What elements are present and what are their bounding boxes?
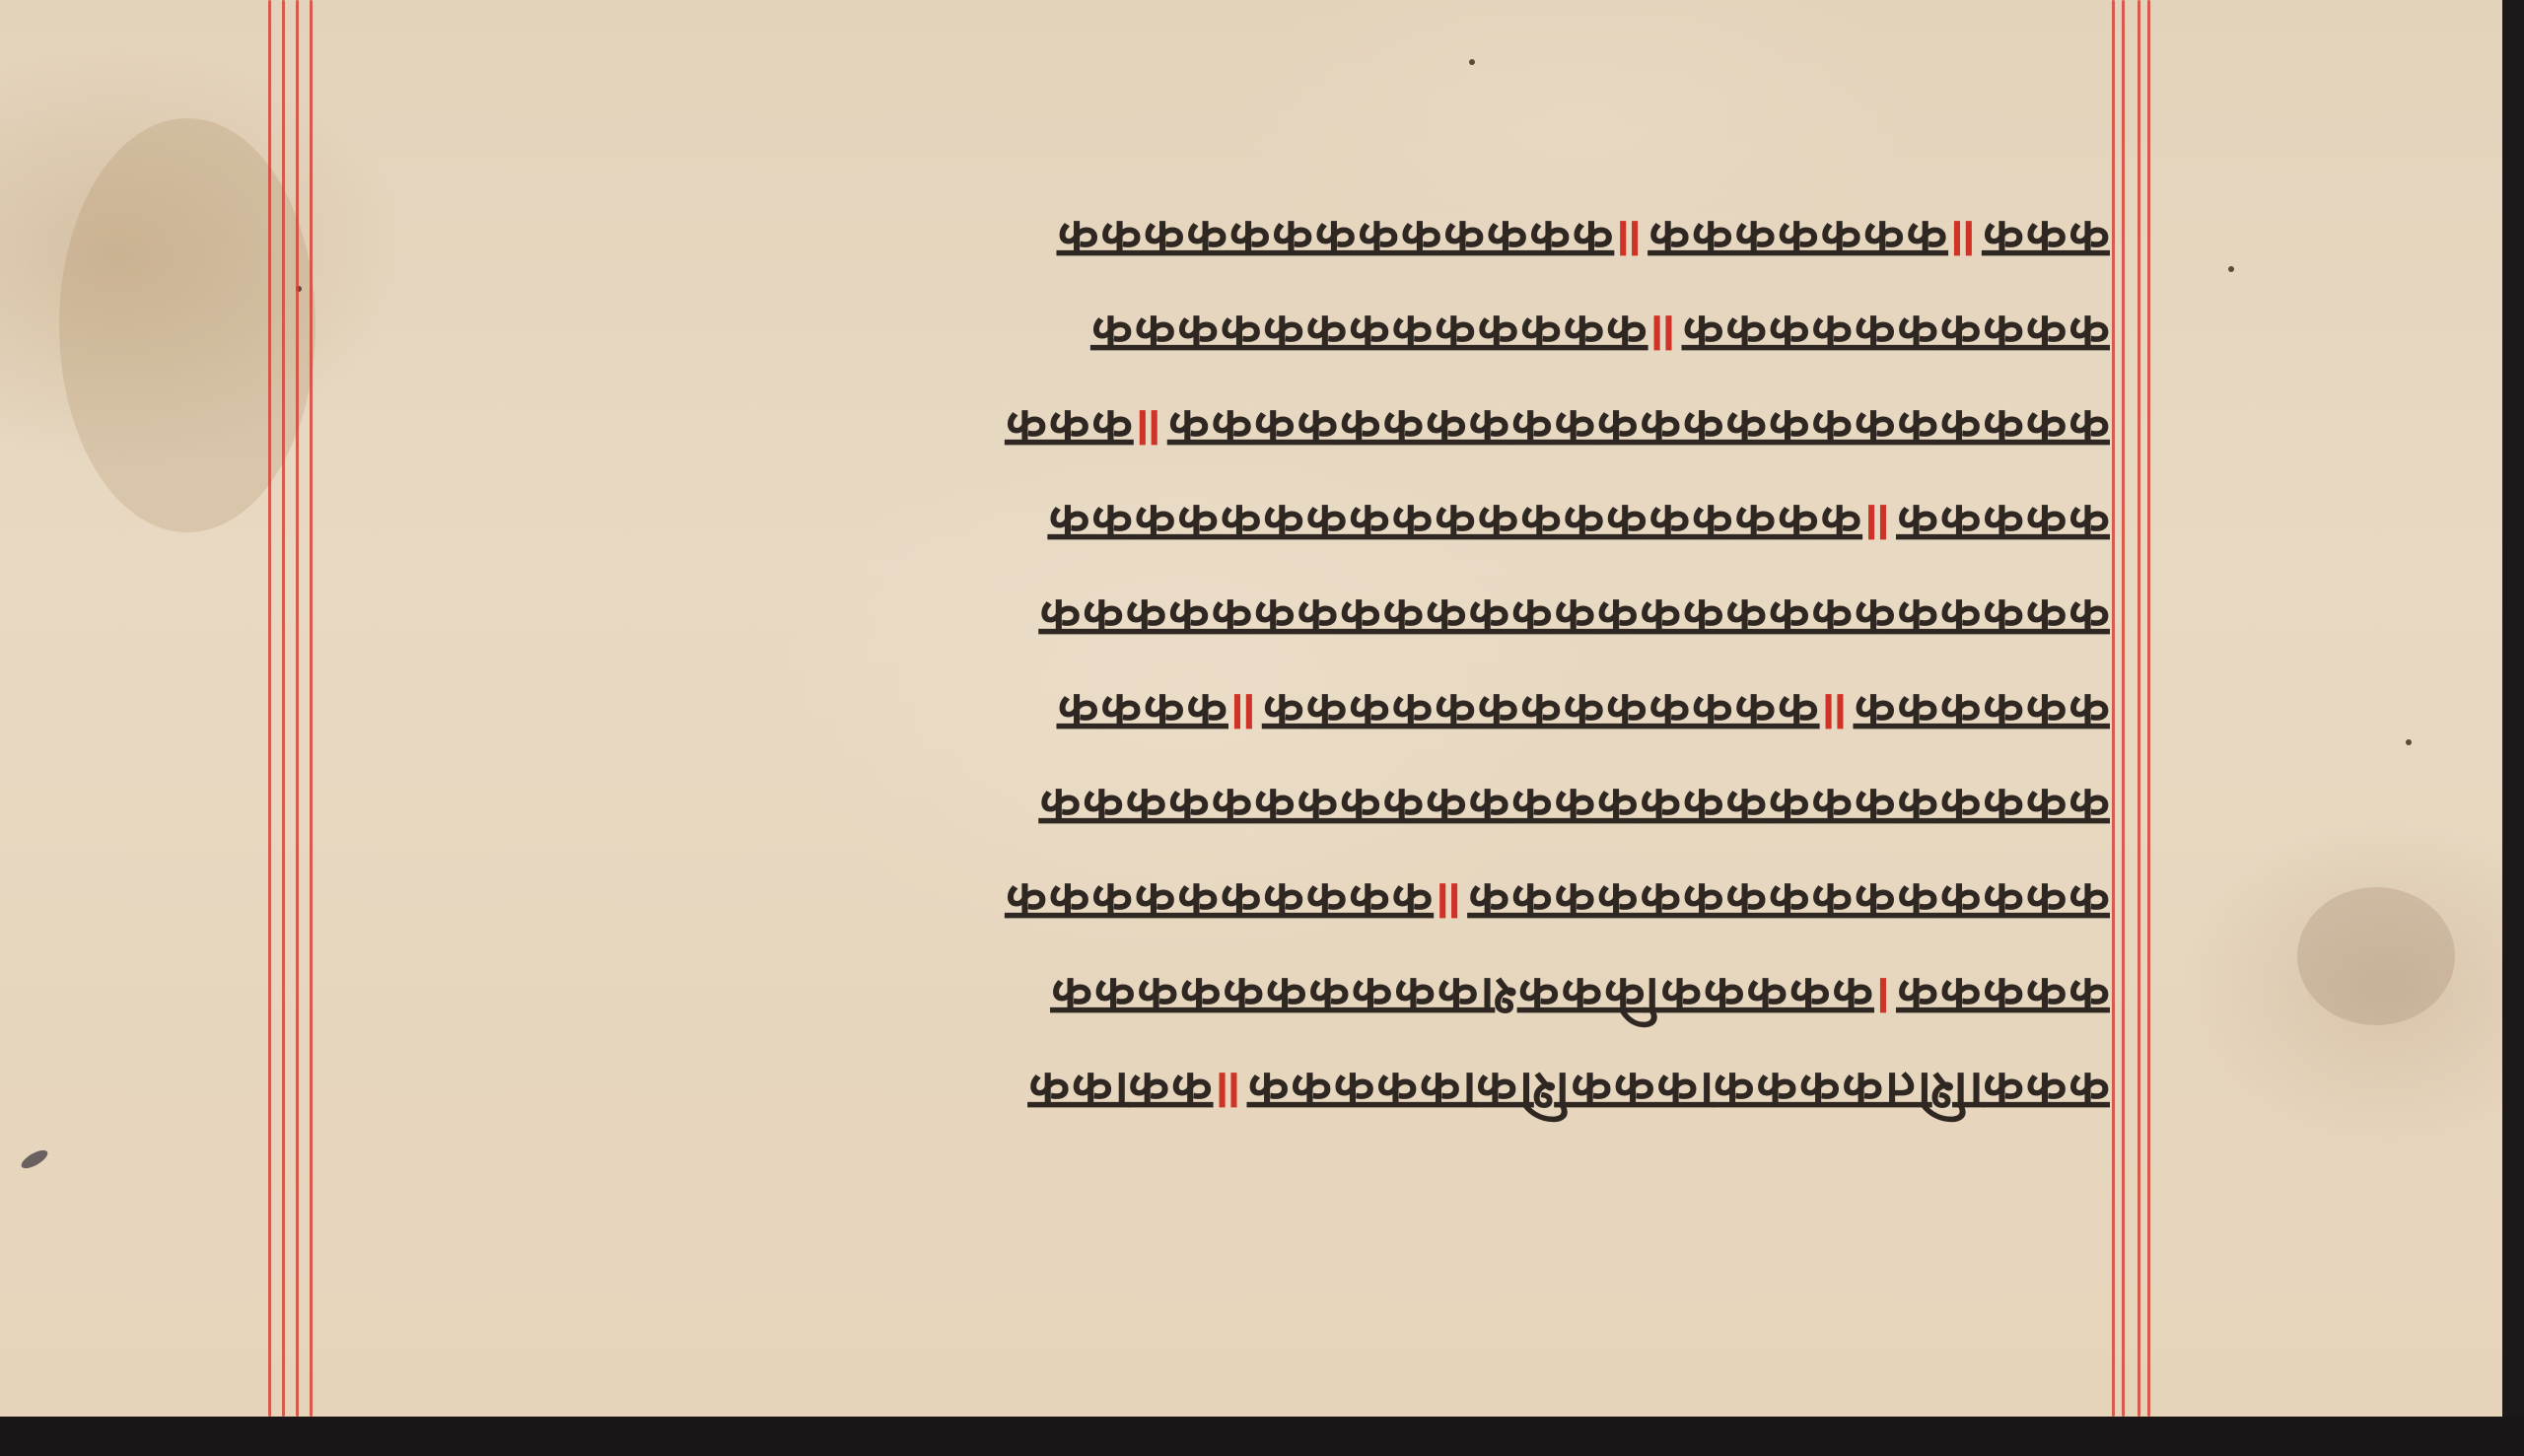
paper-speck (1469, 59, 1475, 65)
text-line: कककककककककक॥ककककककककककककक (325, 287, 2110, 381)
danda-mark: ॥ (1133, 398, 1166, 460)
danda-mark: ॥ (1433, 871, 1466, 934)
text-line-content: ककककक॥ककककककककककककककककककक (325, 476, 2110, 571)
text-line: कककाशितककककाकककशिकाककककक॥ककाकक (325, 1044, 2110, 1139)
text-line: ककककक।ककककककिककशकककककककककक (325, 949, 2110, 1044)
background-right-edge (2502, 0, 2524, 1456)
paper-speck (2406, 739, 2412, 745)
text-line: कककककक॥ककककककककककककक॥कककक (325, 665, 2110, 760)
danda-mark: ॥ (1648, 304, 1681, 366)
text-line-content: ककककककककककककककककककककककककक (325, 571, 2110, 665)
paper-speck (19, 1146, 50, 1171)
text-line-content: कककककककककककककककककककककक॥ककक (325, 381, 2110, 476)
text-line: ककककककककककककककककककककककककक (325, 760, 2110, 855)
text-line: ककककक॥ककककककककककककककककककक (325, 476, 2110, 571)
text-line-content: ककककक।ककककककिककशकककककककककक (325, 949, 2110, 1044)
paper-speck (2228, 266, 2234, 272)
danda-mark: ॥ (1613, 209, 1647, 271)
right-margin-rule (2147, 0, 2150, 1417)
text-line: ककक॥ककककककक॥ककककककककककककक (325, 192, 2110, 287)
danda-mark: ॥ (1227, 682, 1261, 744)
paper-stain (59, 118, 315, 532)
text-line-content: कककाशितककककाकककशिकाककककक॥ककाकक (325, 1044, 2110, 1139)
manuscript-page: ककक॥ककककककक॥ककककककककककककक कककककककककक॥ककक… (0, 0, 2502, 1417)
text-line-content: कककककककककक॥ककककककककककककक (325, 287, 2110, 381)
text-line: ककककककककककककककक॥कककककककककक (325, 855, 2110, 949)
text-line-content: ककक॥ककककककक॥ककककककककककककक (325, 192, 2110, 287)
background-bottom-edge (0, 1417, 2524, 1456)
danda-mark: ॥ (1819, 682, 1853, 744)
right-margin-rule (2112, 0, 2115, 1417)
text-line-content: कककककक॥ककककककककककककक॥कककक (325, 665, 2110, 760)
danda-mark: ॥ (1947, 209, 1981, 271)
text-line-content: ककककककककककककककककककककककककक (325, 760, 2110, 855)
left-margin-rule (296, 0, 299, 1417)
danda-mark: । (1873, 966, 1895, 1028)
right-margin-rule (2122, 0, 2125, 1417)
right-margin-rule (2138, 0, 2140, 1417)
danda-mark: ॥ (1213, 1061, 1246, 1123)
text-line: कककककककककककककककककककककक॥ककक (325, 381, 2110, 476)
danda-mark: ॥ (1861, 493, 1895, 555)
manuscript-text-block: ककक॥ककककककक॥ककककककककककककक कककककककककक॥ककक… (325, 192, 2110, 1139)
text-line: ककककककककककककककककककककककककक (325, 571, 2110, 665)
paper-stain (2297, 887, 2455, 1025)
left-margin-rule (310, 0, 313, 1417)
left-margin-rule (282, 0, 285, 1417)
photo-scene: ककक॥ककककककक॥ककककककककककककक कककककककककक॥ककक… (0, 0, 2524, 1456)
text-line-content: ककककककककककककककक॥कककककककककक (325, 855, 2110, 949)
left-margin-rule (268, 0, 271, 1417)
